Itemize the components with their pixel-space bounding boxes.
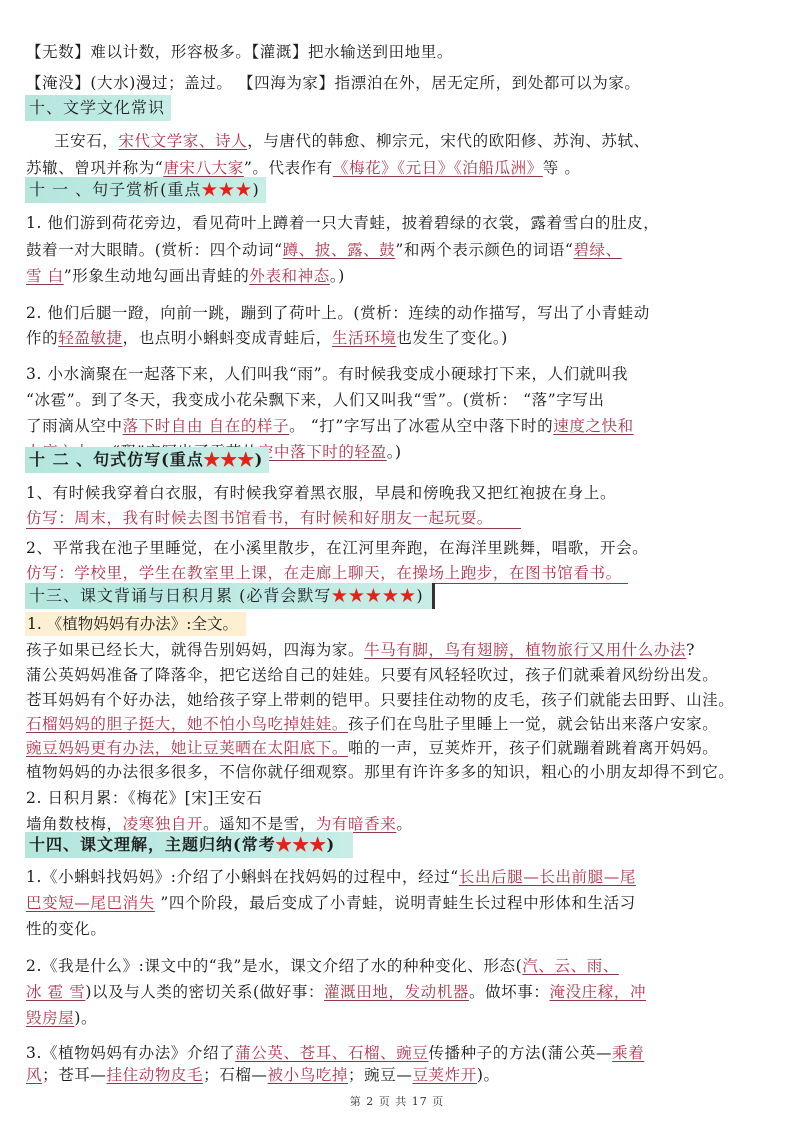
poem-line-6: 植物妈妈的办法很多很多，不信你就仔细观察。那里有许许多多的知识，粗心的小朋友却得… xyxy=(26,762,734,782)
text: 传播种子的方法(蒲公英— xyxy=(428,1044,612,1062)
document-page: 【无数】难以计数，形容极多。【灌溉】把水输送到田地里。 【淹没】(大水)漫过；盖… xyxy=(0,0,794,1122)
answer-highlight: 轻盈敏捷 xyxy=(58,329,122,347)
s12-imitation-answer-2: 仿写：学校里，学生在教室里上课，在走廊上聊天，在操场上跑步，在图书馆看书。 xyxy=(26,563,628,584)
answer-highlight: 雪 白 xyxy=(26,267,64,285)
text: 。) xyxy=(330,267,345,285)
s14-item3-line-1: 3.《植物妈妈有办法》介绍了蒲公英、苍耳、石榴、豌豆传播种子的方法(蒲公英—乘着 xyxy=(26,1043,644,1063)
section-title-text: ) xyxy=(255,450,264,469)
poem-line-1: 孩子如果已经长大，就得告别妈妈，四海为家。牛马有脚，鸟有翅膀，植物旅行又用什么办… xyxy=(26,640,695,660)
section-title-10: 十、文学文化常识 xyxy=(25,95,171,121)
answer-highlight: 长出后腿—长出前腿—尾 xyxy=(459,868,636,886)
text: )。 xyxy=(477,1066,500,1084)
text: 鼓着一对大眼睛。(赏析：四个动词“ xyxy=(26,241,283,259)
text: 王安石， xyxy=(54,132,118,150)
s13-subheading-2: 2. 日积月累：《梅花》[宋]王安石 xyxy=(26,788,262,808)
text: ，与唐代的韩愈、柳宗元，宋代的欧阳修、苏洵、苏轼、 xyxy=(247,132,650,150)
s11-item2-line-2: 作的轻盈敏捷，也点明小蝌蚪变成青蛙后，生活环境也发生了变化。) xyxy=(26,328,508,348)
answer-highlight: 生活环境 xyxy=(332,329,396,347)
text: 等 。 xyxy=(543,159,581,177)
section-title-11: 十 一 、句子赏析(重点★★★) xyxy=(25,177,266,203)
text: 。遥知不是雪， xyxy=(203,815,316,833)
text: 苏辙、曾巩并称为“ xyxy=(26,159,163,177)
answer-highlight: 冰 雹 雪 xyxy=(26,983,85,1001)
section-title-12: 十 二 、句式仿写(重点★★★) xyxy=(25,447,269,473)
poem-line-4: 石榴妈妈的胆子挺大，她不怕小鸟吃掉娃娃。孩子们在鸟肚子里睡上一觉，就会钻出来落户… xyxy=(26,714,718,734)
answer-highlight: 蹲、披、露、鼓 xyxy=(283,241,396,259)
answer-highlight: 空中落下时的轻盈 xyxy=(258,443,387,461)
answer-highlight: 凌寒独自开 xyxy=(123,815,204,833)
text: 了雨滴从空中 xyxy=(26,417,123,435)
s12-question-1: 1、有时候我穿着白衣服，有时候我穿着黑衣服，早晨和傍晚我又把红袍披在身上。 xyxy=(26,483,616,503)
answer-highlight: 牛马有脚，鸟有翅膀，植物旅行又用什么办法 xyxy=(364,641,686,659)
section-title-text: ) xyxy=(327,835,336,854)
answer-highlight: 豆荚炸开 xyxy=(412,1066,476,1084)
text: ；豌豆— xyxy=(348,1066,412,1084)
text: 2.《我是什么》:课文中的“我”是水，课文介绍了水的种种变化、形态( xyxy=(26,957,522,975)
text: 。 “打”字写出了冰雹从空中落下时的 xyxy=(289,417,553,435)
text: ”形象生动地勾画出青蛙的 xyxy=(64,267,250,285)
text: ”。代表作有 xyxy=(244,159,333,177)
section-title-text: 十三、课文背诵与日积月累 (必背会默写 xyxy=(29,586,331,605)
s14-item1-line-3: 性的变化。 xyxy=(26,919,107,939)
s11-item3-line-3: 了雨滴从空中落下时自由 自在的样子。 “打”字写出了冰雹从空中落下时的速度之快和 xyxy=(26,416,634,436)
s11-item2-line-1: 2. 他们后腿一蹬，向前一跳，蹦到了荷叶上。(赏析：连续的动作描写，写出了小青蛙… xyxy=(26,303,650,323)
answer-highlight: 乘着 xyxy=(612,1044,644,1062)
section-title-text: ) xyxy=(416,586,423,605)
star-rating-icon: ★★★ xyxy=(201,180,252,199)
text: 。 xyxy=(396,815,412,833)
text: 孩子们在鸟肚子里睡上一觉，就会钻出来落户安家。 xyxy=(348,715,718,733)
text: 。做坏事： xyxy=(469,983,550,1001)
plum-poem-line: 墙角数枝梅，凌寒独自开。遥知不是雪，为有暗香来。 xyxy=(26,814,412,834)
vocab-line-2: 【淹没】(大水)漫过；盖过。 【四海为家】指漂泊在外，居无定所，到处都可以为家。 xyxy=(26,73,641,93)
text: 啪的一声，豆荚炸开，孩子们就蹦着跳着离开妈妈。 xyxy=(348,739,718,757)
section-title-text: ) xyxy=(252,180,259,199)
answer-highlight: 《梅花》《元日》《泊船瓜洲》 xyxy=(333,159,543,177)
answer-highlight: 风 xyxy=(26,1066,42,1084)
text: 也发生了变化。) xyxy=(396,329,508,347)
star-rating-icon: ★★★ xyxy=(276,835,327,854)
section-title-text: 十四、课文理解，主题归纳(常考 xyxy=(29,835,276,854)
text: )以及与人类的密切关系(做好事： xyxy=(85,983,324,1001)
answer-highlight: 淹没庄稼，冲 xyxy=(549,983,646,1001)
text: ? xyxy=(686,641,695,659)
section-title-14: 十四、课文理解，主题归纳(常考★★★) xyxy=(25,832,353,858)
answer-highlight: 挂住动物皮毛 xyxy=(107,1066,204,1084)
answer-highlight: 碧绿、 xyxy=(573,241,621,259)
section-title-text: 十 一 、句子赏析(重点 xyxy=(29,180,201,199)
s10-paragraph-line-1: 王安石，宋代文学家、诗人，与唐代的韩愈、柳宗元，宋代的欧阳修、苏洵、苏轼、 xyxy=(54,131,650,151)
answer-highlight: 汽、云、雨、 xyxy=(522,957,619,975)
answer-highlight: 外表和神态 xyxy=(249,267,330,285)
star-rating-icon: ★★★★★ xyxy=(331,586,416,605)
text: 墙角数枝梅， xyxy=(26,815,123,833)
text: )。 xyxy=(74,1009,97,1027)
page-number: 第 2 页 共 17 页 xyxy=(0,1093,794,1109)
text: 孩子如果已经长大，就得告别妈妈，四海为家。 xyxy=(26,641,364,659)
s14-item1-line-2: 巴变短—尾巴消失 ”四个阶段，最后变成了小青蛙，说明青蛙生长过程中形体和生活习 xyxy=(26,893,636,913)
answer-highlight: 灌溉田地，发动机器 xyxy=(324,983,469,1001)
text: 1.《小蝌蚪找妈妈》:介绍了小蝌蚪在找妈妈的过程中，经过“ xyxy=(26,868,459,886)
s11-item1-line-2: 鼓着一对大眼睛。(赏析：四个动词“蹲、披、露、鼓”和两个表示颜色的词语“碧绿、 xyxy=(26,240,622,260)
answer-highlight: 为有暗香来 xyxy=(316,815,397,833)
poem-line-5: 豌豆妈妈更有办法，她让豆荚晒在太阳底下。啪的一声，豆荚炸开，孩子们就蹦着跳着离开… xyxy=(26,738,718,758)
star-rating-icon: ★★★ xyxy=(204,450,255,469)
answer-highlight: 豌豆妈妈更有办法，她让豆荚晒在太阳底下。 xyxy=(26,739,348,757)
s11-item1-line-3: 雪 白”形象生动地勾画出青蛙的外表和神态。) xyxy=(26,266,345,286)
answer-highlight: 被小鸟吃掉 xyxy=(268,1066,349,1084)
answer-highlight: 毁房屋 xyxy=(26,1009,74,1027)
text: 。) xyxy=(387,443,402,461)
s13-subheading-1: 1. 《植物妈妈有办法》:全文。 xyxy=(25,612,246,636)
text: 作的 xyxy=(26,329,58,347)
answer-highlight: 速度之快和 xyxy=(553,417,634,435)
text: ”四个阶段，最后变成了小青蛙，说明青蛙生长过程中形体和生活习 xyxy=(155,894,636,912)
s14-item2-line-3: 毁房屋)。 xyxy=(26,1008,97,1028)
s14-item3-line-2: 风；苍耳—挂住动物皮毛；石榴—被小鸟吃掉；豌豆—豆荚炸开)。 xyxy=(26,1065,500,1085)
answer-highlight: 巴变短—尾巴消失 xyxy=(26,894,155,912)
text: ；苍耳— xyxy=(42,1066,106,1084)
text: ，也点明小蝌蚪变成青蛙后， xyxy=(123,329,332,347)
s11-item3-line-2: “冰雹”。到了冬天，我变成小花朵飘下来，人们又叫我“雪”。(赏析： “落”字写出 xyxy=(26,390,605,410)
answer-highlight: 蒲公英、苍耳、石榴、豌豆 xyxy=(235,1044,428,1062)
s14-item1-line-1: 1.《小蝌蚪找妈妈》:介绍了小蝌蚪在找妈妈的过程中，经过“长出后腿—长出前腿—尾 xyxy=(26,867,636,887)
answer-highlight: 落下时自由 自在的样子 xyxy=(123,417,290,435)
s14-item2-line-1: 2.《我是什么》:课文中的“我”是水，课文介绍了水的种种变化、形态(汽、云、雨、 xyxy=(26,956,619,976)
section-title-text: 十 二 、句式仿写(重点 xyxy=(29,450,204,469)
answer-highlight: 石榴妈妈的胆子挺大，她不怕小鸟吃掉娃娃。 xyxy=(26,715,348,733)
answer-highlight: 唐宋八大家 xyxy=(163,159,244,177)
s10-paragraph-line-2: 苏辙、曾巩并称为“唐宋八大家”。代表作有《梅花》《元日》《泊船瓜洲》等 。 xyxy=(26,158,581,178)
text: ；石榴— xyxy=(203,1066,267,1084)
poem-line-3: 苍耳妈妈有个好办法，她给孩子穿上带刺的铠甲。只要挂住动物的皮毛，孩子们就能去田野… xyxy=(26,690,734,710)
text: 3.《植物妈妈有办法》介绍了 xyxy=(26,1044,235,1062)
answer-highlight: 宋代文学家、诗人 xyxy=(118,132,247,150)
s12-imitation-answer-1: 仿写：周末，我有时候去图书馆看书，有时候和好朋友一起玩耍。 xyxy=(26,508,521,529)
s12-question-2: 2、平常我在池子里睡觉，在小溪里散步，在江河里奔跑，在海洋里跳舞，唱歌，开会。 xyxy=(26,538,648,558)
text: ”和两个表示颜色的词语“ xyxy=(395,241,573,259)
vocab-line-1: 【无数】难以计数，形容极多。【灌溉】把水输送到田地里。 xyxy=(26,42,453,62)
poem-line-2: 蒲公英妈妈准备了降落伞，把它送给自己的娃娃。只要有风轻轻吹过，孩子们就乘着风纷纷… xyxy=(26,665,718,685)
s14-item2-line-2: 冰 雹 雪)以及与人类的密切关系(做好事：灌溉田地，发动机器。做坏事：淹没庄稼，… xyxy=(26,982,646,1002)
s11-item1-line-1: 1. 他们游到荷花旁边，看见荷叶上蹲着一只大青蛙，披着碧绿的衣裳，露着雪白的肚皮… xyxy=(26,213,659,233)
section-title-13: 十三、课文背诵与日积月累 (必背会默写★★★★★) xyxy=(25,583,435,609)
s11-item3-line-1: 3. 小水滴聚在一起落下来，人们叫我“雨”。有时候我变成小硬球打下来，人们就叫我 xyxy=(26,364,628,384)
